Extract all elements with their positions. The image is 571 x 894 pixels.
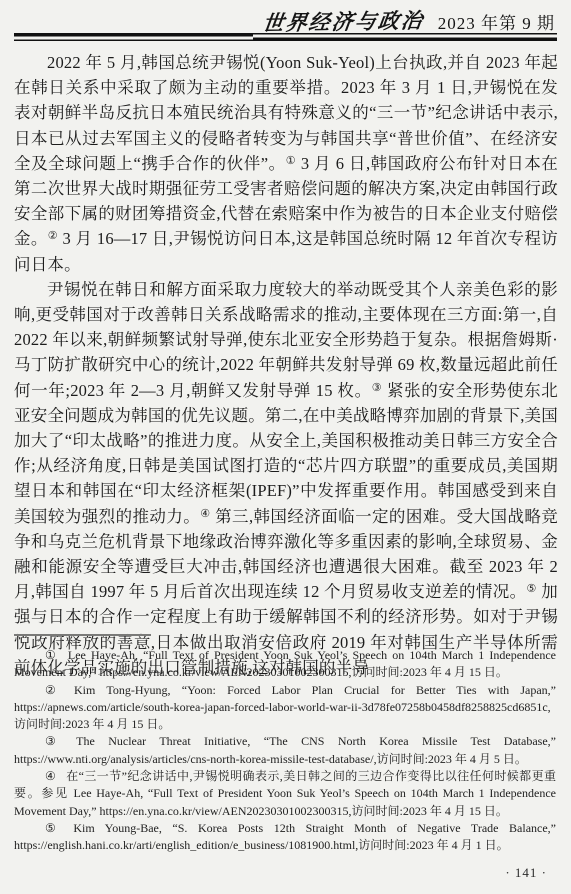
body-paragraph: 尹锡悦在韩日和解方面采取力度较大的举动既受其个人亲美色彩的影响,更受韩国对于改善…: [14, 277, 558, 680]
footnote-separator: [14, 634, 151, 636]
footnotes-list: ①Lee Haye-Ah, “Full Text of President Yo…: [14, 647, 556, 855]
footnotes-region: ①Lee Haye-Ah, “Full Text of President Yo…: [14, 634, 556, 855]
footnote-item: ④在“三一节”纪念讲话中,尹锡悦明确表示,美日韩之间的三边合作变得比以往任何时候…: [14, 768, 556, 820]
header-double-rule: [14, 33, 557, 41]
body-paragraph: 2022 年 5 月,韩国总统尹锡悦(Yoon Suk-Yeol)上台执政,并自…: [14, 50, 558, 277]
footnote-ref: ①: [286, 155, 296, 167]
footnote-item: ①Lee Haye-Ah, “Full Text of President Yo…: [14, 647, 556, 682]
page-number: · 141 ·: [505, 865, 547, 881]
footnote-ref: ②: [48, 230, 58, 242]
footnote-ref: ⑤: [527, 583, 537, 595]
footnote-ref: ④: [200, 508, 210, 520]
journal-page: 世界经济与政治 2023 年第 9 期 2022 年 5 月,韩国总统尹锡悦(Y…: [0, 0, 571, 894]
journal-issue: 2023 年第 9 期: [438, 9, 555, 34]
footnote-item: ③The Nuclear Threat Initiative, “The CNS…: [14, 733, 556, 768]
rule-right-segment: [253, 33, 557, 41]
footnote-ref: ③: [372, 382, 383, 394]
footnote-marker: ②: [45, 683, 64, 697]
page-header: 世界经济与政治 2023 年第 9 期: [14, 6, 555, 36]
footnote-item: ⑤Kim Young-Bae, “S. Korea Posts 12th Str…: [14, 820, 556, 855]
rule-left-segment: [14, 33, 253, 41]
footnote-marker: ③: [45, 734, 66, 748]
footnote-marker: ④: [45, 769, 56, 783]
footnote-marker: ①: [45, 648, 58, 662]
article-body: 2022 年 5 月,韩国总统尹锡悦(Yoon Suk-Yeol)上台执政,并自…: [14, 50, 558, 680]
footnote-item: ②Kim Tong-Hyung, “Yoon: Forced Labor Pla…: [14, 682, 556, 734]
footnote-marker: ⑤: [45, 821, 63, 835]
